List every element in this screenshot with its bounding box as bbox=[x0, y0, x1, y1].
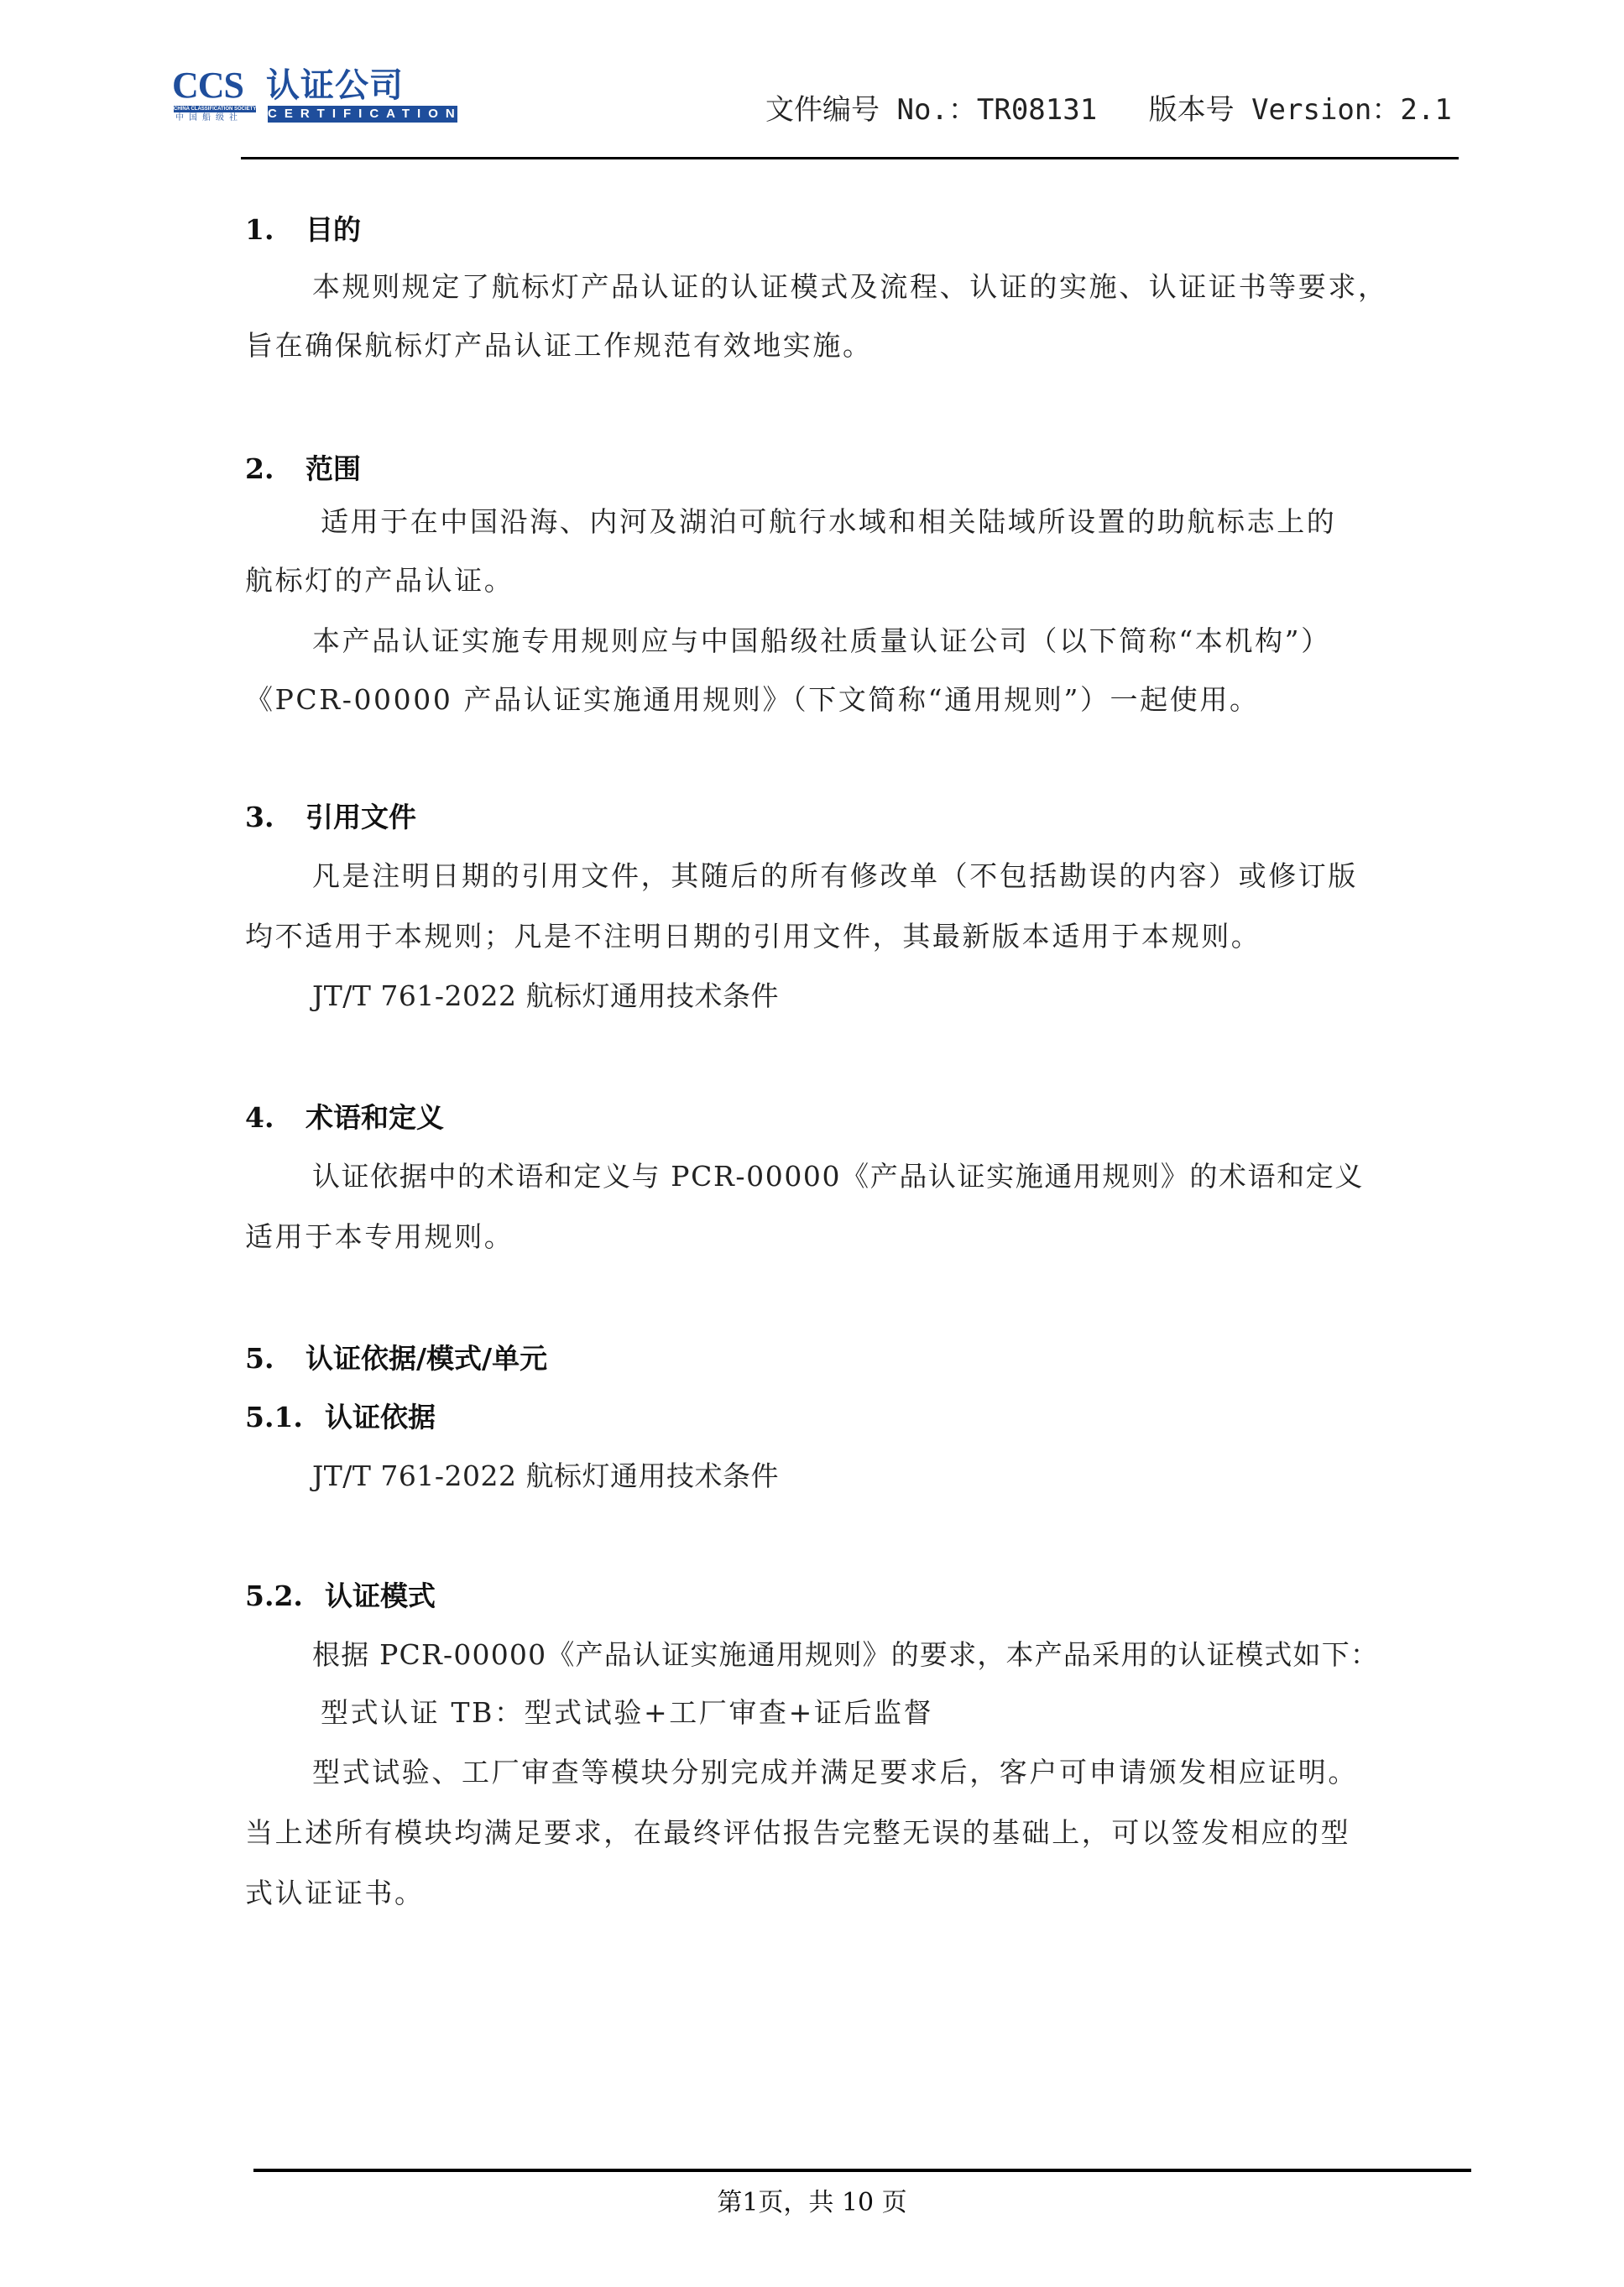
reference-standard: JT/T 761-2022 航标灯通用技术条件 bbox=[312, 1456, 779, 1496]
page-number: 第1页，共 10 页 bbox=[0, 2186, 1624, 2220]
version-number: 2.1 bbox=[1400, 93, 1451, 127]
subsection-number: 5.2. bbox=[245, 1576, 325, 1616]
logo-society-cn: 中国船级社 bbox=[175, 113, 243, 123]
paragraph-line: 式认证证书。 bbox=[245, 1873, 425, 1914]
section-heading-1: 1.目的 bbox=[245, 210, 361, 250]
subsection-title: 认证依据 bbox=[325, 1401, 436, 1433]
paragraph-line: 凡是注明日期的引用文件，其随后的所有修改单（不包括勘误的内容）或修订版 bbox=[312, 856, 1358, 896]
paragraph-line: 本产品认证实施专用规则应与中国船级社质量认证公司（以下简称“本机构”） bbox=[312, 621, 1331, 661]
document-meta: 文件编号 No.：TR08131 版本号 Version：2.1 bbox=[765, 90, 1452, 130]
section-number: 1. bbox=[245, 210, 305, 250]
section-number: 5. bbox=[245, 1339, 305, 1379]
paragraph-line: 本规则规定了航标灯产品认证的认证模式及流程、认证的实施、认证证书等要求， bbox=[312, 267, 1388, 307]
section-title: 范围 bbox=[305, 452, 361, 485]
paragraph-line: 《PCR-00000 产品认证实施通用规则》（下文简称“通用规则”）一起使用。 bbox=[245, 680, 1260, 720]
paragraph-line: 根据 PCR-00000《产品认证实施通用规则》的要求，本产品采用的认证模式如下… bbox=[312, 1635, 1379, 1675]
subsection-heading-5-1: 5.1.认证依据 bbox=[245, 1397, 436, 1438]
footer-divider bbox=[253, 2169, 1471, 2172]
subsection-heading-5-2: 5.2.认证模式 bbox=[245, 1576, 436, 1616]
section-heading-4: 4.术语和定义 bbox=[245, 1098, 444, 1138]
paragraph-line: 型式试验、工厂审查等模块分别完成并满足要求后，客户可申请颁发相应证明。 bbox=[312, 1752, 1358, 1793]
subsection-title: 认证模式 bbox=[325, 1579, 436, 1612]
doc-number-label: 文件编号 No.： bbox=[765, 93, 977, 127]
paragraph-line: 旨在确保航标灯产品认证工作规范有效地实施。 bbox=[245, 326, 873, 366]
section-number: 3. bbox=[245, 797, 305, 838]
section-title: 术语和定义 bbox=[305, 1101, 444, 1134]
section-heading-5: 5.认证依据/模式/单元 bbox=[245, 1339, 547, 1379]
company-logo: CCS 认证公司 CHINA CLASSIFICATION SOCIETY 中国… bbox=[172, 67, 462, 123]
subsection-number: 5.1. bbox=[245, 1397, 325, 1438]
paragraph-line: 适用于本专用规则。 bbox=[245, 1217, 514, 1257]
certification-mode: 型式认证 TB：型式试验+工厂审查+证后监督 bbox=[321, 1693, 933, 1733]
logo-certification-bar: CERTIFICATION bbox=[268, 106, 457, 123]
paragraph-line: 当上述所有模块均满足要求，在最终评估报告完整无误的基础上，可以签发相应的型 bbox=[245, 1813, 1350, 1853]
section-title: 目的 bbox=[305, 213, 361, 246]
paragraph-line: 适用于在中国沿海、内河及湖泊可航行水域和相关陆域所设置的助航标志上的 bbox=[321, 502, 1336, 542]
header-divider bbox=[241, 157, 1459, 159]
section-number: 2. bbox=[245, 449, 305, 489]
paragraph-line: 认证依据中的术语和定义与 PCR-00000《产品认证实施通用规则》的术语和定义 bbox=[312, 1157, 1364, 1197]
section-number: 4. bbox=[245, 1098, 305, 1138]
logo-company-name: 认证公司 bbox=[266, 67, 404, 104]
section-heading-2: 2.范围 bbox=[245, 449, 361, 489]
section-title: 引用文件 bbox=[305, 801, 416, 833]
section-heading-3: 3.引用文件 bbox=[245, 797, 416, 838]
reference-standard: JT/T 761-2022 航标灯通用技术条件 bbox=[312, 976, 779, 1016]
version-label: 版本号 Version： bbox=[1149, 93, 1401, 127]
section-title: 认证依据/模式/单元 bbox=[305, 1342, 547, 1375]
logo-society-en: CHINA CLASSIFICATION SOCIETY bbox=[174, 106, 256, 112]
logo-ccs-mark: CCS bbox=[172, 67, 243, 104]
paragraph-line: 航标灯的产品认证。 bbox=[245, 561, 514, 601]
paragraph-line: 均不适用于本规则；凡是不注明日期的引用文件，其最新版本适用于本规则。 bbox=[245, 916, 1261, 957]
doc-number: TR08131 bbox=[977, 93, 1097, 127]
